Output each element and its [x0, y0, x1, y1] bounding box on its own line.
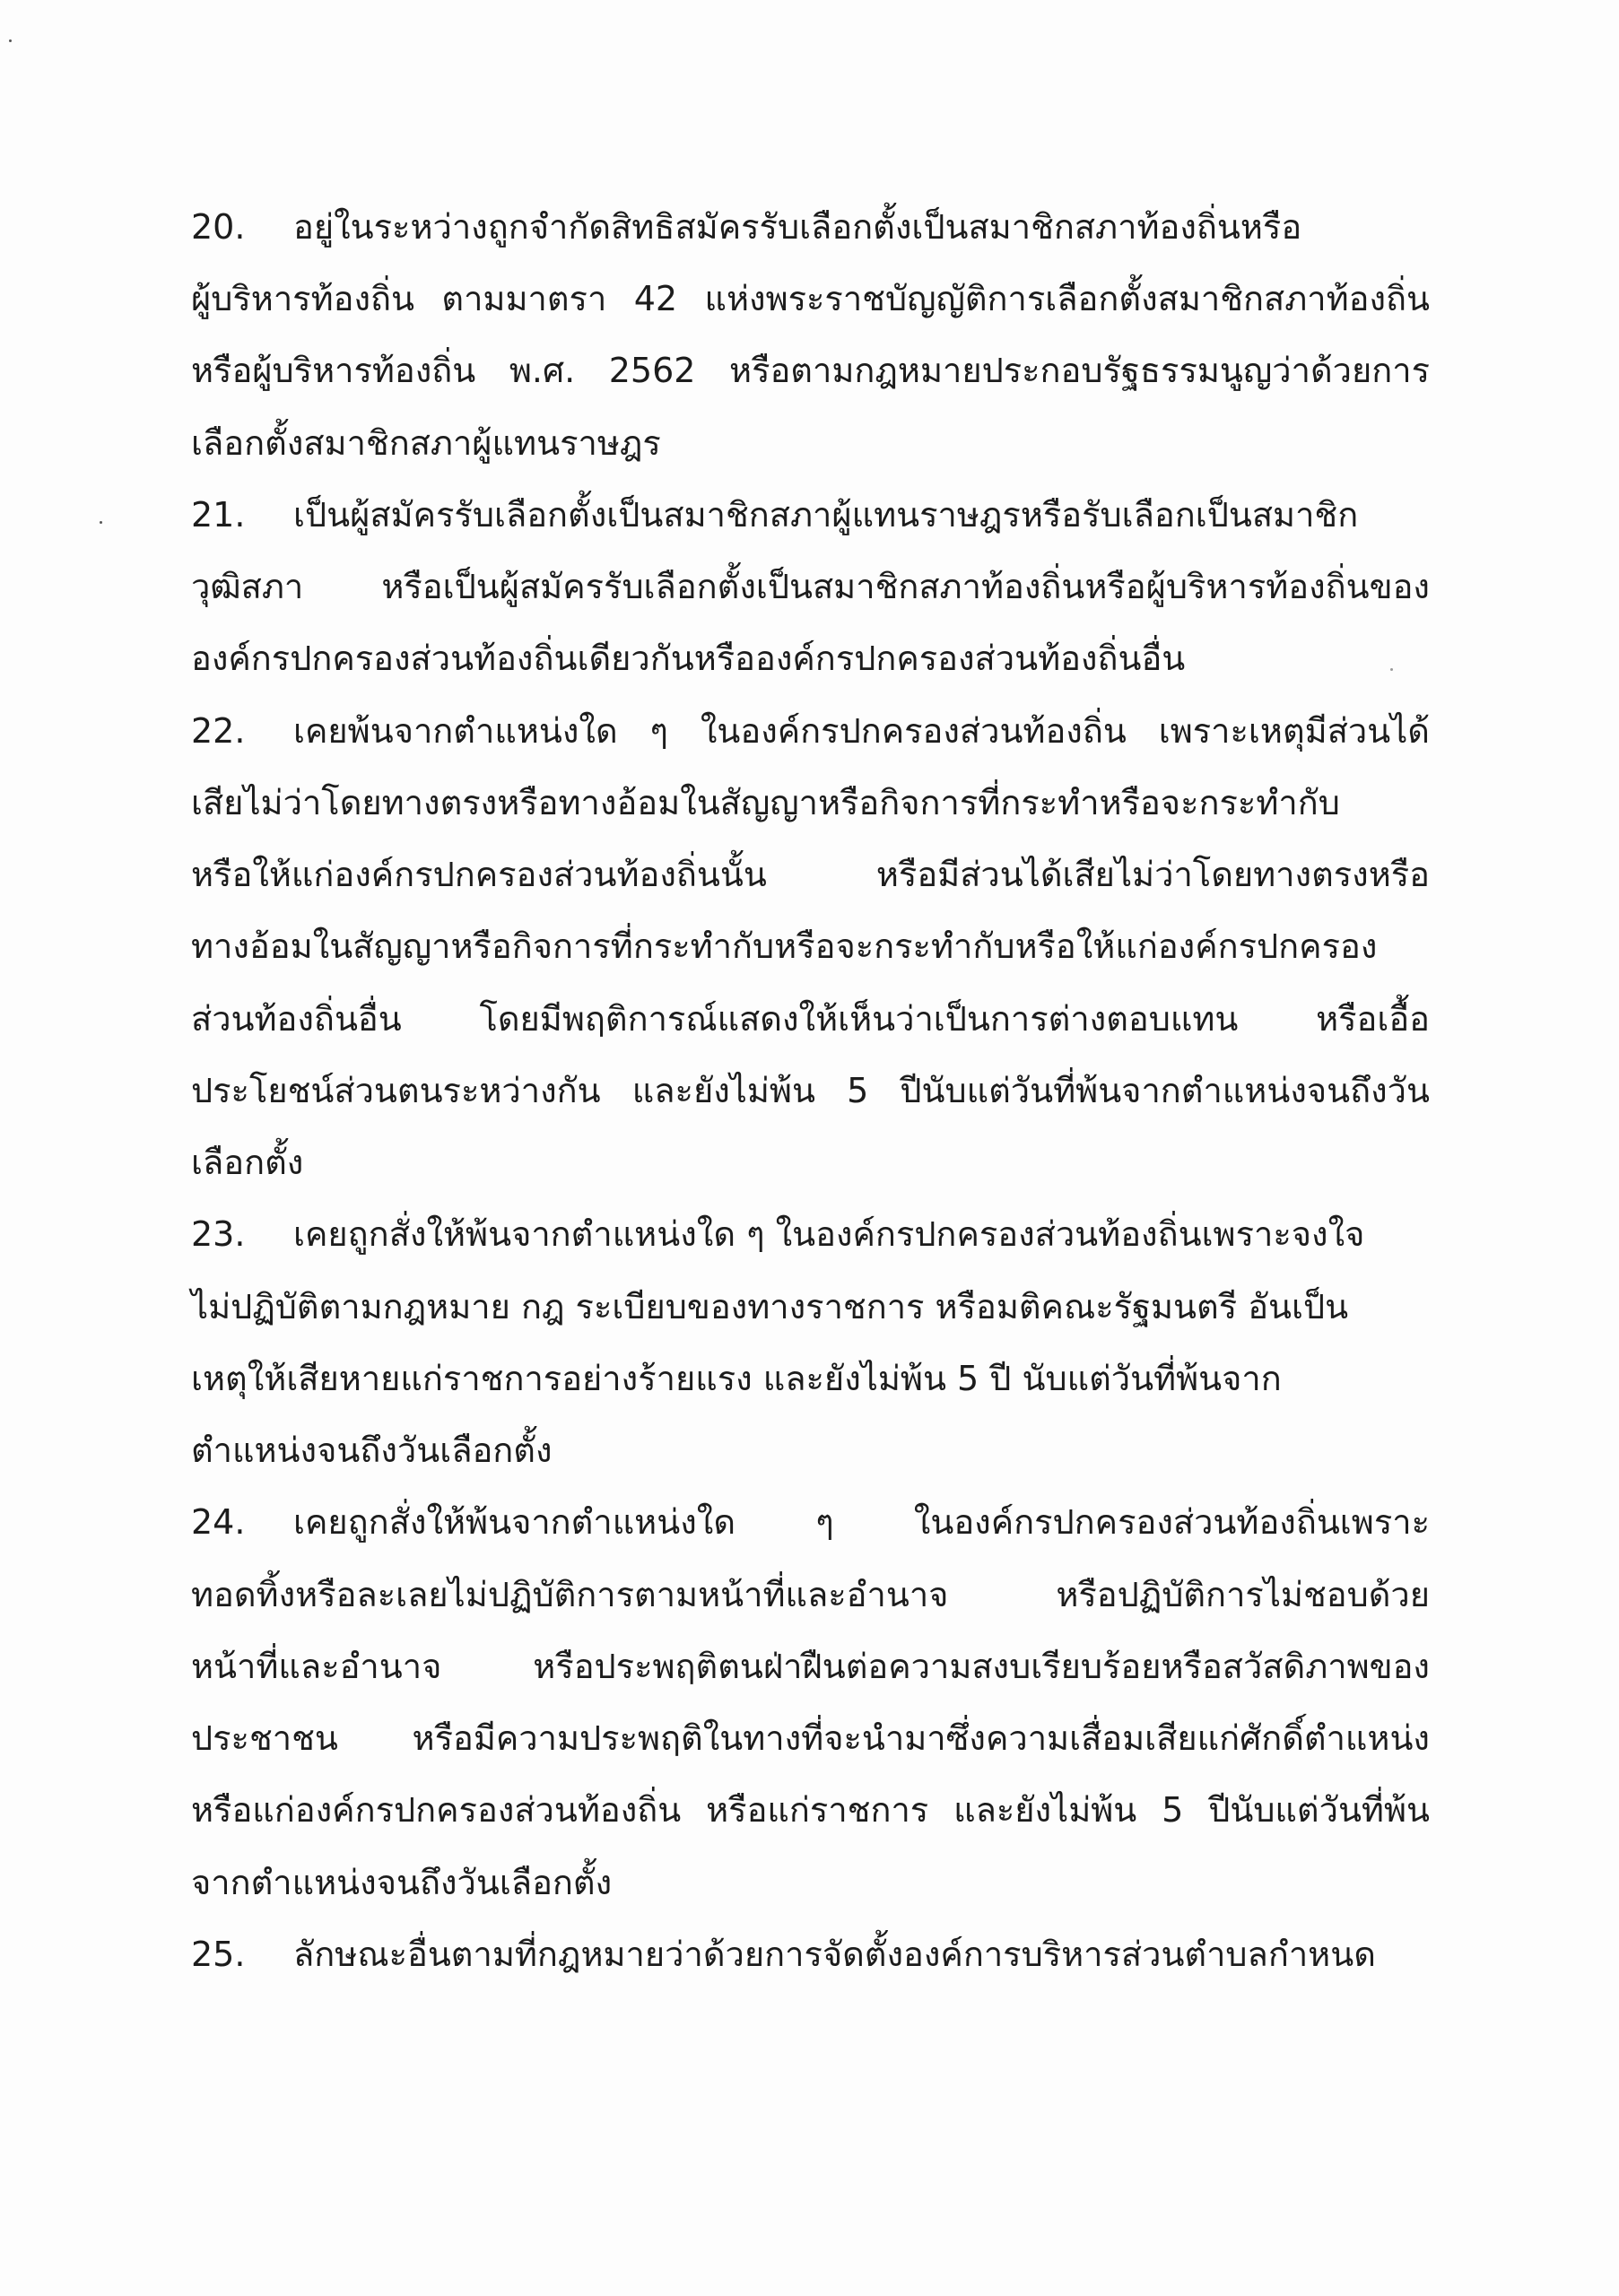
item-20-line-2: ผู้บริหารท้องถิ่น ตามมาตรา 42 แห่งพระราช… [191, 263, 1430, 335]
item-text: หรือผู้บริหารท้องถิ่น พ.ศ. 2562 หรือตามก… [191, 335, 1430, 406]
item-text: หน้าที่และอำนาจ หรือประพฤติตนฝ่าฝืนต่อคว… [191, 1631, 1430, 1702]
document-page: 20. อยู่ในระหว่างถูกจำกัดสิทธิสมัครรับเล… [0, 0, 1619, 2296]
item-number: 20. [191, 191, 293, 263]
item-22-line-6: ประโยชน์ส่วนตนระหว่างกัน และยังไม่พ้น 5 … [191, 1055, 1430, 1126]
item-23-line-1: 23. เคยถูกสั่งให้พ้นจากตำแหน่งใด ๆ ในองค… [191, 1198, 1430, 1270]
item-text: วุฒิสภา หรือเป็นผู้สมัครรับเลือกตั้งเป็น… [191, 551, 1430, 622]
item-text: เสียไม่ว่าโดยทางตรงหรือทางอ้อมในสัญญาหรื… [191, 767, 1430, 839]
item-22-line-5: ส่วนท้องถิ่นอื่น โดยมีพฤติการณ์แสดงให้เห… [191, 983, 1430, 1055]
item-20-line-1: 20. อยู่ในระหว่างถูกจำกัดสิทธิสมัครรับเล… [191, 191, 1430, 263]
item-20-line-3: หรือผู้บริหารท้องถิ่น พ.ศ. 2562 หรือตามก… [191, 335, 1430, 406]
item-text: ผู้บริหารท้องถิ่น ตามมาตรา 42 แห่งพระราช… [191, 263, 1430, 335]
scan-speck [9, 39, 12, 42]
item-23-line-4: ตำแหน่งจนถึงวันเลือกตั้ง [191, 1414, 1430, 1486]
item-text: ประชาชน หรือมีความประพฤติในทางที่จะนำมาซ… [191, 1702, 1430, 1774]
item-text: ตำแหน่งจนถึงวันเลือกตั้ง [191, 1414, 1430, 1486]
item-21-line-1: 21. เป็นผู้สมัครรับเลือกตั้งเป็นสมาชิกสภ… [191, 479, 1430, 551]
item-text: ไม่ปฏิบัติตามกฎหมาย กฎ ระเบียบของทางราชก… [191, 1271, 1430, 1343]
item-text: เคยถูกสั่งให้พ้นจากตำแหน่งใด ๆ ในองค์กรป… [293, 1486, 1430, 1558]
item-24-line-4: ประชาชน หรือมีความประพฤติในทางที่จะนำมาซ… [191, 1702, 1430, 1774]
item-text: ส่วนท้องถิ่นอื่น โดยมีพฤติการณ์แสดงให้เห… [191, 983, 1430, 1055]
item-text: เลือกตั้งสมาชิกสภาผู้แทนราษฎร [191, 407, 1430, 479]
item-23-line-3: เหตุให้เสียหายแก่ราชการอย่างร้ายแรง และย… [191, 1343, 1430, 1414]
item-23-line-2: ไม่ปฏิบัติตามกฎหมาย กฎ ระเบียบของทางราชก… [191, 1271, 1430, 1343]
item-number: 22. [191, 695, 293, 767]
scan-speck [100, 521, 102, 524]
item-text: เคยถูกสั่งให้พ้นจากตำแหน่งใด ๆ ในองค์กรป… [293, 1198, 1430, 1270]
item-text: องค์กรปกครองส่วนท้องถิ่นเดียวกันหรือองค์… [191, 622, 1430, 694]
item-text: เหตุให้เสียหายแก่ราชการอย่างร้ายแรง และย… [191, 1343, 1430, 1414]
item-22-line-1: 22. เคยพ้นจากตำแหน่งใด ๆ ในองค์กรปกครองส… [191, 695, 1430, 767]
item-20-line-4: เลือกตั้งสมาชิกสภาผู้แทนราษฎร [191, 407, 1430, 479]
item-24-line-1: 24. เคยถูกสั่งให้พ้นจากตำแหน่งใด ๆ ในองค… [191, 1486, 1430, 1558]
item-text: ประโยชน์ส่วนตนระหว่างกัน และยังไม่พ้น 5 … [191, 1055, 1430, 1126]
item-text: อยู่ในระหว่างถูกจำกัดสิทธิสมัครรับเลือกต… [293, 191, 1430, 263]
item-text: หรือให้แก่องค์กรปกครองส่วนท้องถิ่นนั้น ห… [191, 839, 1430, 910]
item-22-line-7: เลือกตั้ง [191, 1126, 1430, 1198]
item-text: ลักษณะอื่นตามที่กฎหมายว่าด้วยการจัดตั้งอ… [293, 1918, 1430, 1990]
item-number: 24. [191, 1486, 293, 1558]
item-24-line-2: ทอดทิ้งหรือละเลยไม่ปฏิบัติการตามหน้าที่แ… [191, 1559, 1430, 1631]
item-text: เคยพ้นจากตำแหน่งใด ๆ ในองค์กรปกครองส่วนท… [293, 695, 1430, 767]
item-22-line-3: หรือให้แก่องค์กรปกครองส่วนท้องถิ่นนั้น ห… [191, 839, 1430, 910]
item-24-line-3: หน้าที่และอำนาจ หรือประพฤติตนฝ่าฝืนต่อคว… [191, 1631, 1430, 1702]
item-text: หรือแก่องค์กรปกครองส่วนท้องถิ่น หรือแก่ร… [191, 1774, 1430, 1846]
item-text: ทางอ้อมในสัญญาหรือกิจการที่กระทำกับหรือจ… [191, 910, 1430, 982]
item-24-line-6: จากตำแหน่งจนถึงวันเลือกตั้ง [191, 1847, 1430, 1918]
item-21-line-2: วุฒิสภา หรือเป็นผู้สมัครรับเลือกตั้งเป็น… [191, 551, 1430, 622]
item-number: 25. [191, 1918, 293, 1990]
item-number: 23. [191, 1198, 293, 1270]
item-text: ทอดทิ้งหรือละเลยไม่ปฏิบัติการตามหน้าที่แ… [191, 1559, 1430, 1631]
item-22-line-2: เสียไม่ว่าโดยทางตรงหรือทางอ้อมในสัญญาหรื… [191, 767, 1430, 839]
item-22-line-4: ทางอ้อมในสัญญาหรือกิจการที่กระทำกับหรือจ… [191, 910, 1430, 982]
item-number: 21. [191, 479, 293, 551]
item-text: เป็นผู้สมัครรับเลือกตั้งเป็นสมาชิกสภาผู้… [293, 479, 1430, 551]
item-21-line-3: องค์กรปกครองส่วนท้องถิ่นเดียวกันหรือองค์… [191, 622, 1430, 694]
item-text: เลือกตั้ง [191, 1126, 1430, 1198]
item-text: จากตำแหน่งจนถึงวันเลือกตั้ง [191, 1847, 1430, 1918]
item-25-line-1: 25. ลักษณะอื่นตามที่กฎหมายว่าด้วยการจัดต… [191, 1918, 1430, 1990]
item-24-line-5: หรือแก่องค์กรปกครองส่วนท้องถิ่น หรือแก่ร… [191, 1774, 1430, 1846]
